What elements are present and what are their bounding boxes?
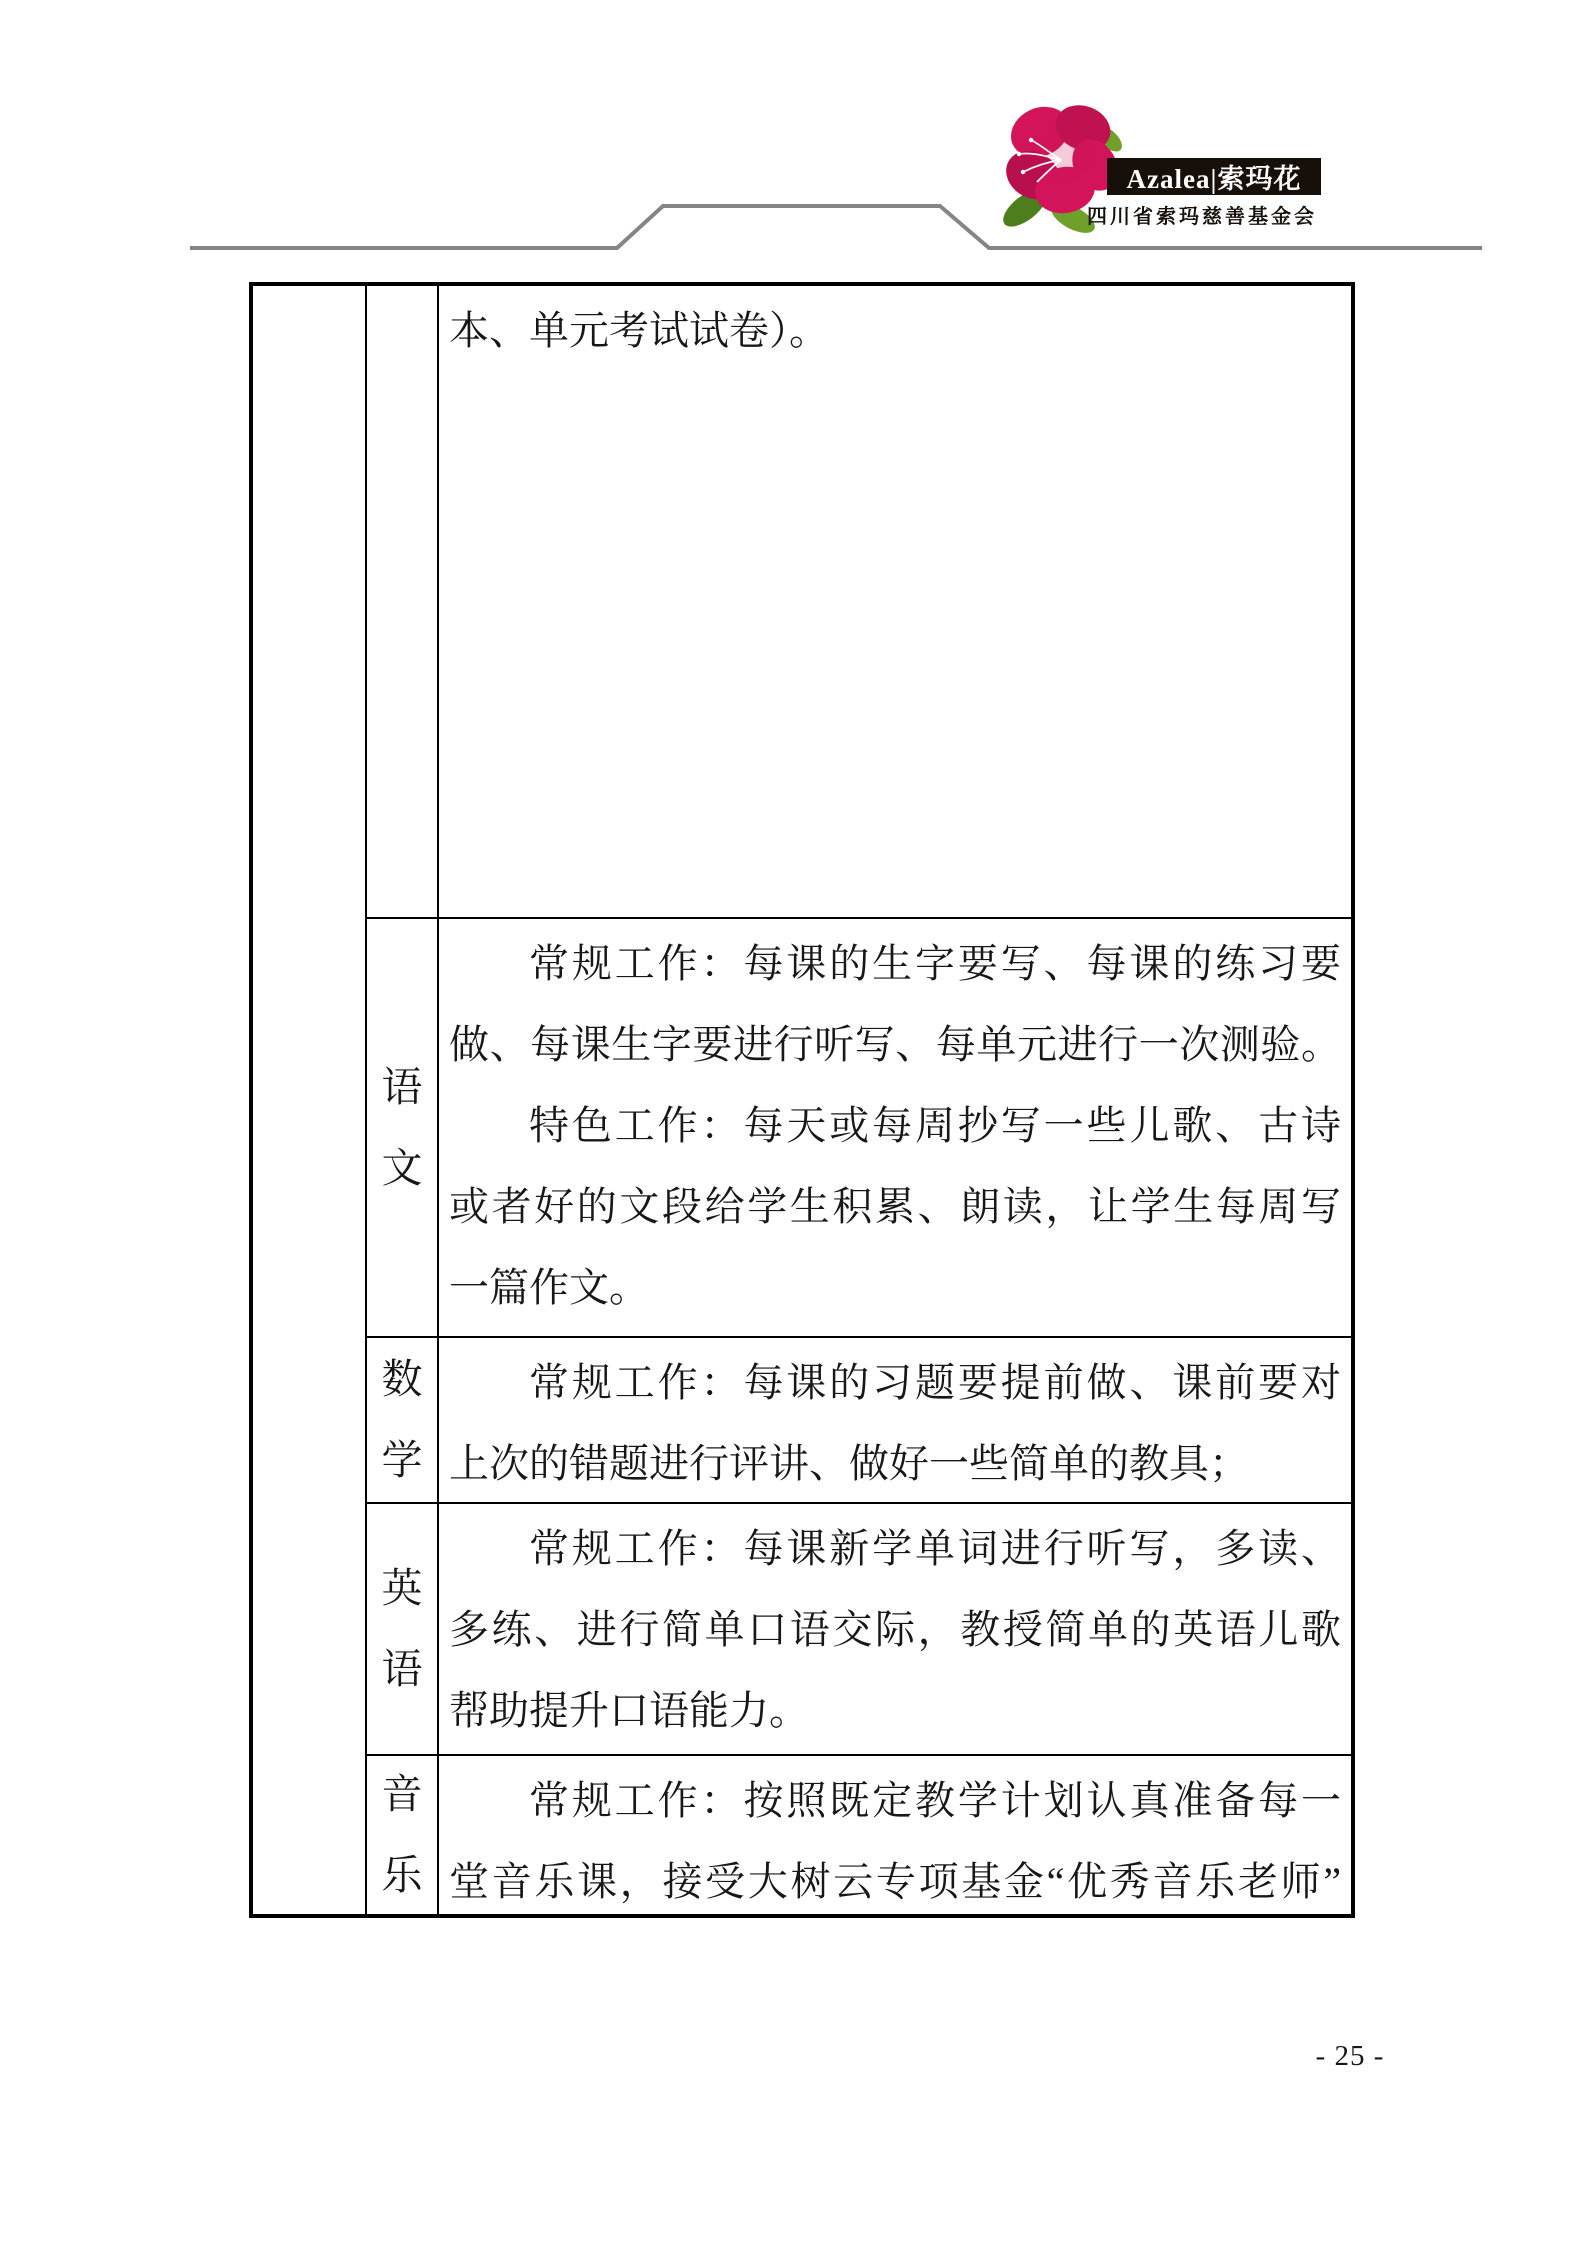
logo-banner-text: Azalea|索玛花 <box>1127 157 1302 196</box>
content-cell: 常规工作：每课的习题要提前做、课前要对上次的错题进行评讲、做好一些简单的教具； <box>439 1336 1351 1502</box>
subject-char: 英 <box>382 1548 423 1629</box>
cell-text-line: 常规工作：每课新学单词进行听写，多读、 <box>449 1508 1341 1589</box>
logo-subtitle: 四川省索玛慈善基金会 <box>1087 200 1327 229</box>
subject-char: 音 <box>382 1754 423 1835</box>
logo-banner: Azalea|索玛花 <box>1107 158 1321 195</box>
page-number: - 25 - <box>1290 2040 1410 2073</box>
header-rule <box>0 0 1587 300</box>
foundation-logo: Azalea|索玛花 四川省索玛慈善基金会 <box>995 80 1335 240</box>
subject-cell <box>367 286 439 917</box>
subject-cell: 语文 <box>367 917 439 1336</box>
subject-cell: 音乐 <box>367 1754 439 1914</box>
subject-char: 学 <box>382 1420 423 1501</box>
subject-char: 语 <box>382 1047 423 1128</box>
cell-text-line: 或者好的文段给学生积累、朗读，让学生每周写 <box>449 1166 1341 1247</box>
subject-cell: 英语 <box>367 1502 439 1754</box>
content-cell: 常规工作：每课新学单词进行听写，多读、多练、进行简单口语交际，教授简单的英语儿歌… <box>439 1502 1351 1754</box>
work-table: 本、单元考试试卷）。语文常规工作：每课的生字要写、每课的练习要做、每课生字要进行… <box>249 282 1355 1918</box>
subject-cell: 数学 <box>367 1336 439 1502</box>
content-cell: 常规工作：按照既定教学计划认真准备每一堂音乐课，接受大树云专项基金“优秀音乐老师… <box>439 1754 1351 1914</box>
subject-char: 文 <box>382 1128 423 1209</box>
cell-text-line: 多练、进行简单口语交际，教授简单的英语儿歌 <box>449 1589 1341 1670</box>
subject-char: 数 <box>382 1339 423 1420</box>
cell-text-line: 一篇作文。 <box>449 1247 1341 1328</box>
cell-text-line: 本、单元考试试卷）。 <box>449 290 1341 371</box>
cell-text-line: 常规工作：每课的生字要写、每课的练习要 <box>449 923 1341 1004</box>
subject-char: 语 <box>382 1629 423 1710</box>
content-cell: 本、单元考试试卷）。 <box>439 286 1351 917</box>
content-cell: 常规工作：每课的生字要写、每课的练习要做、每课生字要进行听写、每单元进行一次测验… <box>439 917 1351 1336</box>
cell-text-line: 帮助提升口语能力。 <box>449 1670 1341 1751</box>
cell-text-line: 特色工作：每天或每周抄写一些儿歌、古诗 <box>449 1085 1341 1166</box>
cell-text-line: 上次的错题进行评讲、做好一些简单的教具； <box>449 1423 1341 1504</box>
cell-text-line: 做、每课生字要进行听写、每单元进行一次测验。 <box>449 1004 1341 1085</box>
cell-text-line: 常规工作：每课的习题要提前做、课前要对 <box>449 1342 1341 1423</box>
cell-text-line: 常规工作：按照既定教学计划认真准备每一 <box>449 1760 1341 1841</box>
subject-char: 乐 <box>382 1835 423 1916</box>
page: { "logo": { "banner_text": "Azalea|索玛花",… <box>0 0 1587 2245</box>
cell-text-line: 堂音乐课，接受大树云专项基金“优秀音乐老师” <box>449 1841 1341 1922</box>
merged-left-cell <box>253 286 367 1914</box>
